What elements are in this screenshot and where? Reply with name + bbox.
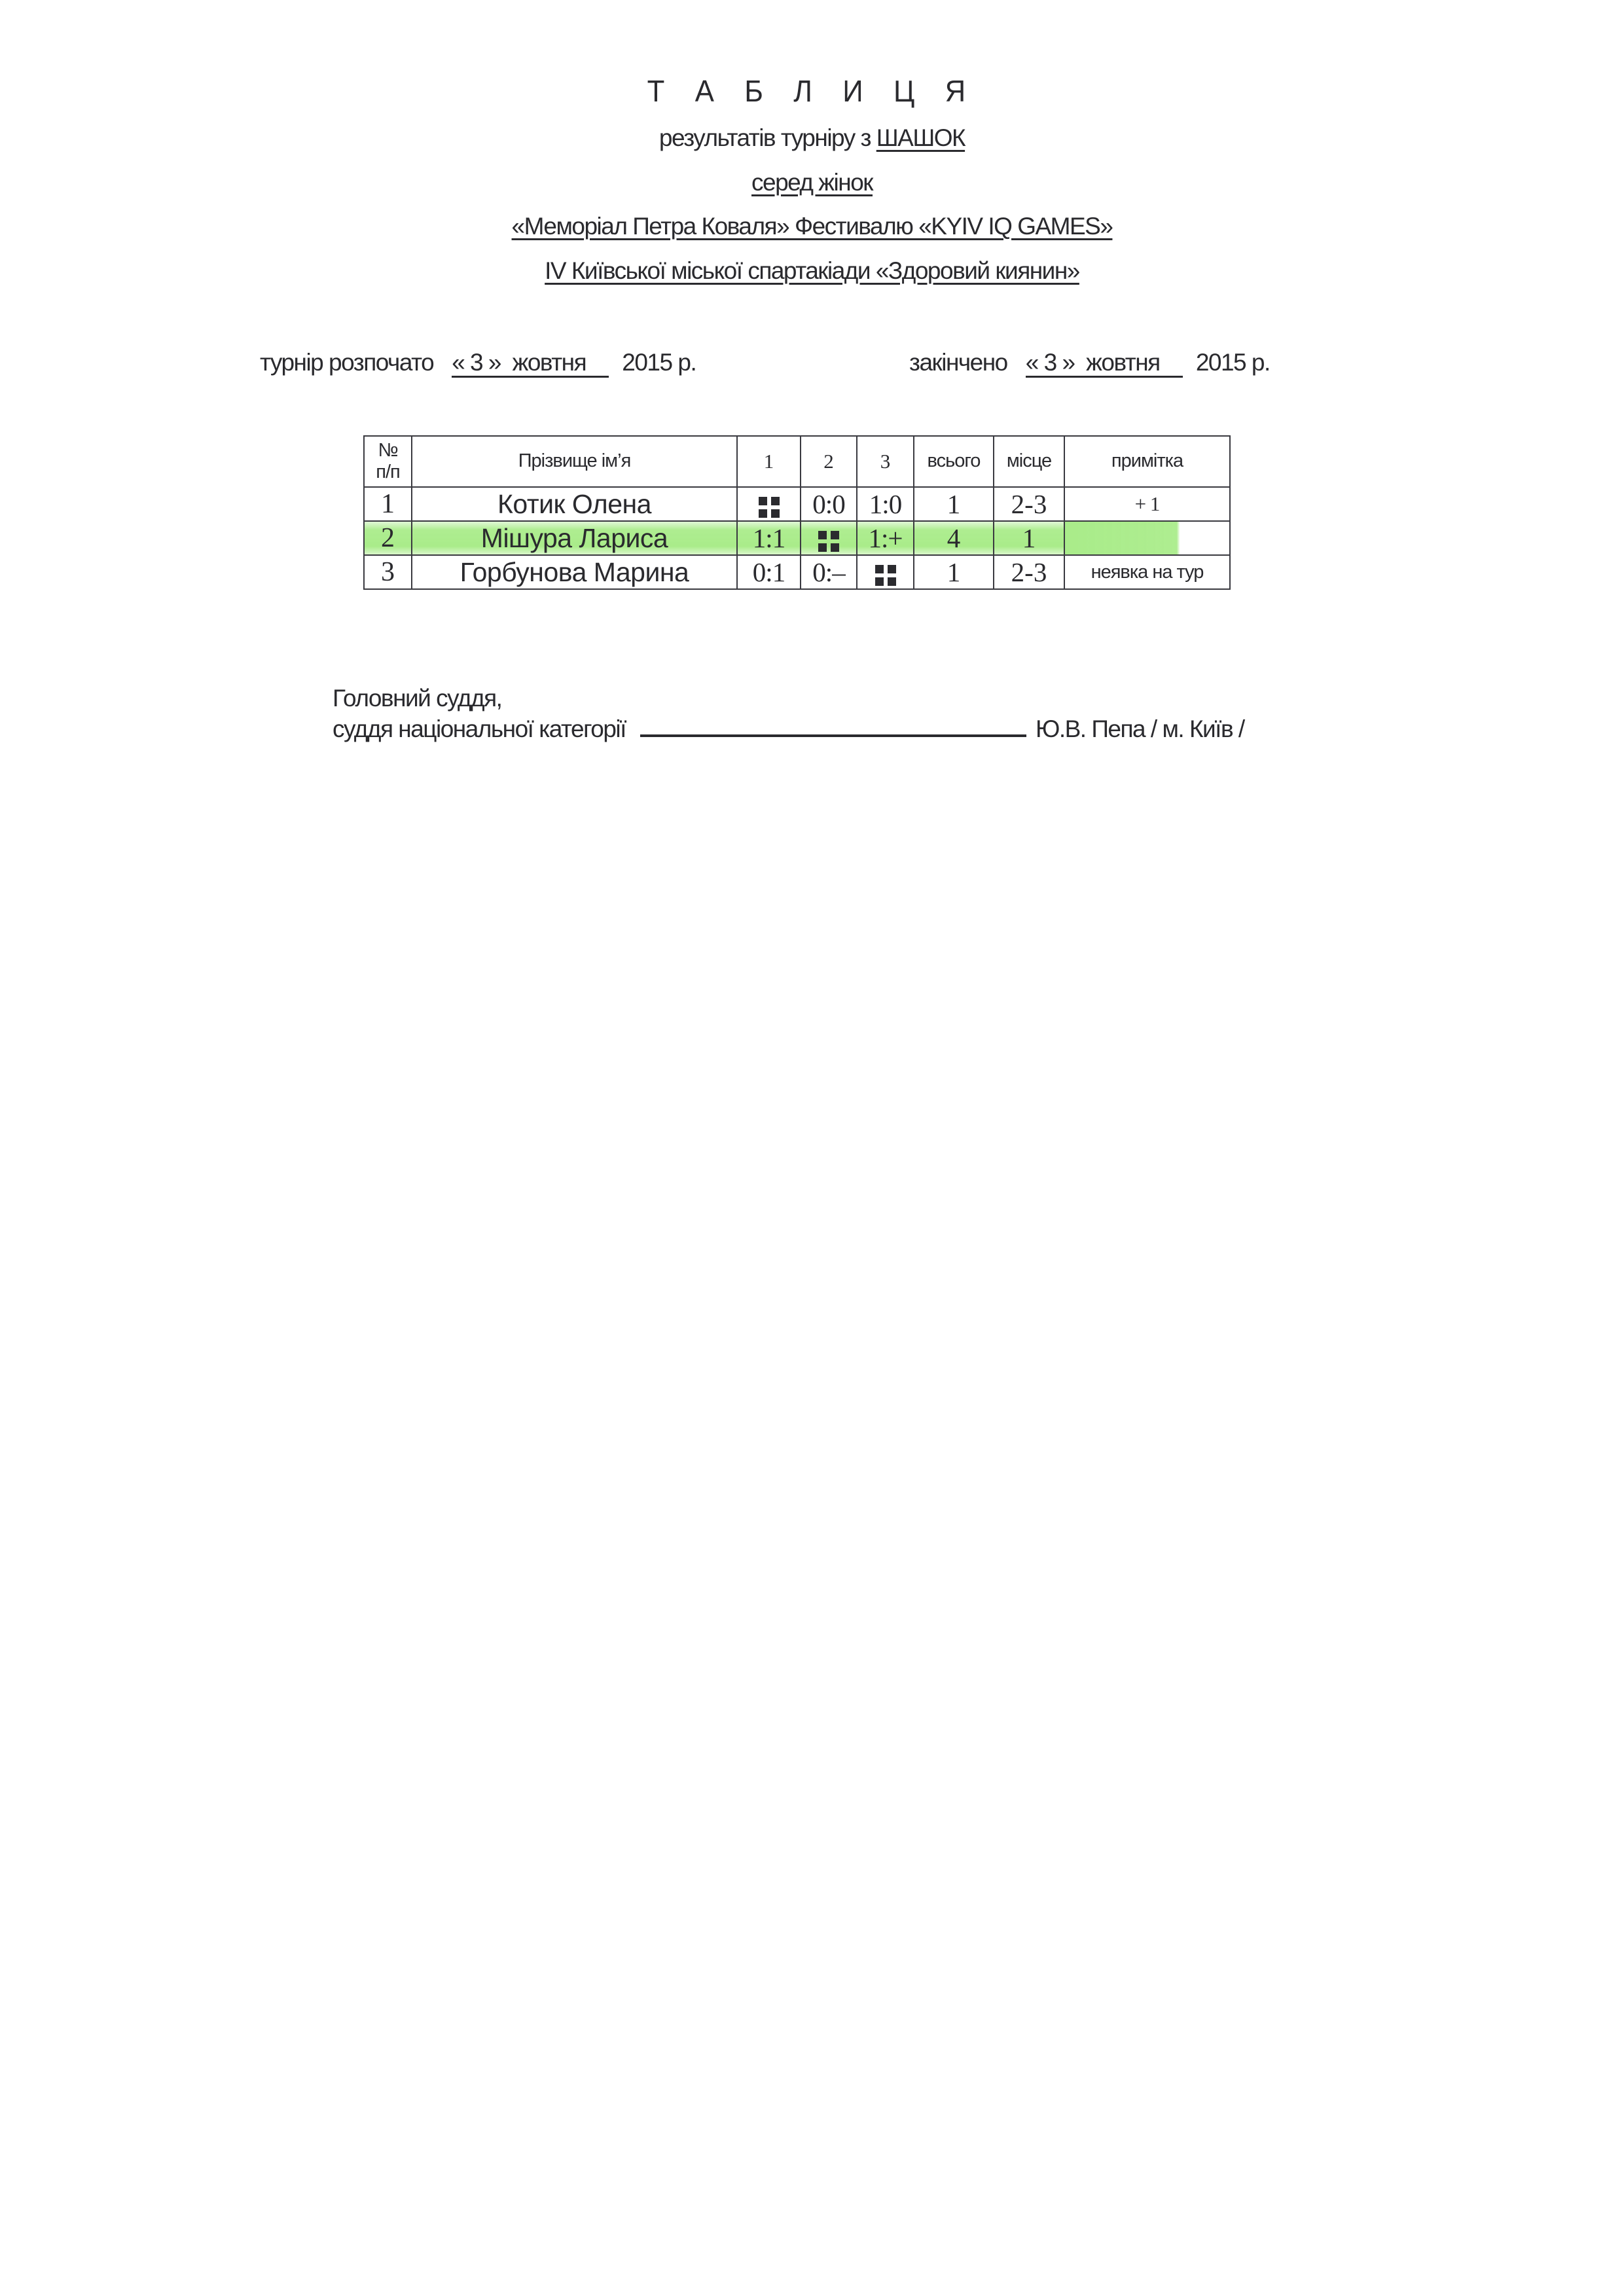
- judge-name: Ю.В. Пепа / м. Київ /: [1036, 715, 1244, 742]
- round-1-score: 1:1: [737, 521, 801, 555]
- document-title: Т А Б Л И Ц Я: [41, 73, 1583, 109]
- table-row: 1 Котик Олена 0:0 1:0 1 2-3 + 1: [364, 487, 1230, 521]
- header-note: примітка: [1064, 436, 1230, 487]
- total-points: 1: [914, 487, 994, 521]
- start-date: турнір розпочато« 3 » жовтня 2015 р.: [260, 349, 696, 378]
- round-2-score: 0:–: [801, 555, 857, 589]
- total-points: 4: [914, 521, 994, 555]
- place: 2-3: [994, 555, 1064, 589]
- start-date-field: « 3 » жовтня: [452, 350, 609, 378]
- round-1-score: [737, 487, 801, 521]
- subtitle-prefix: результатів турніру з: [659, 124, 876, 151]
- header-name: Прізвище ім’я: [412, 436, 737, 487]
- round-3-score: [857, 555, 914, 589]
- note: неявка на тур: [1064, 555, 1230, 589]
- header-round-2: 2: [801, 436, 857, 487]
- spartakiad-text: IV Київської міської спартакіади «Здоров…: [545, 257, 1079, 284]
- note: + 1: [1064, 487, 1230, 521]
- header-number: №п/п: [364, 436, 412, 487]
- round-3-score: 1:+: [857, 521, 914, 555]
- subtitle-tournament: результатів турніру з ШАШОК: [0, 124, 1624, 152]
- table-header-row: №п/п Прізвище ім’я 1 2 3 всього місце пр…: [364, 436, 1230, 487]
- player-name: Горбунова Марина: [412, 555, 737, 589]
- sport-name: ШАШОК: [876, 124, 965, 151]
- start-month: жовтня: [513, 349, 586, 376]
- end-date: закінчено« 3 » жовтня 2015 р.: [909, 349, 1270, 378]
- start-date-label: турнір розпочато: [260, 349, 433, 376]
- header-round-3: 3: [857, 436, 914, 487]
- subtitle-festival: «Меморіал Петра Коваля» Фестивалю «KYIV …: [0, 213, 1624, 240]
- note: [1064, 521, 1230, 555]
- table-row: 2 Мішура Лариса 1:1 1:+ 4 1: [364, 521, 1230, 555]
- player-name: Котик Олена: [412, 487, 737, 521]
- judge-signature-line: суддя національної категоріїЮ.В. Пепа / …: [333, 715, 1244, 743]
- row-number: 2: [364, 521, 412, 555]
- header-total: всього: [914, 436, 994, 487]
- round-2-score: 0:0: [801, 487, 857, 521]
- festival-text: «Меморіал Петра Коваля» Фестивалю «KYIV …: [512, 213, 1113, 240]
- header-round-1: 1: [737, 436, 801, 487]
- row-number: 1: [364, 487, 412, 521]
- end-month: жовтня: [1086, 349, 1160, 376]
- header-number-abbr: п/п: [376, 461, 399, 482]
- place: 1: [994, 521, 1064, 555]
- round-2-score: [801, 521, 857, 555]
- end-year: 2015 р.: [1196, 349, 1270, 376]
- results-table: №п/п Прізвище ім’я 1 2 3 всього місце пр…: [363, 435, 1231, 590]
- end-day: « 3 »: [1026, 349, 1075, 376]
- end-date-label: закінчено: [909, 349, 1007, 376]
- end-date-field: « 3 » жовтня: [1026, 350, 1183, 378]
- header-place: місце: [994, 436, 1064, 487]
- header-number-symbol: №: [378, 440, 397, 461]
- start-year: 2015 р.: [622, 349, 696, 376]
- row-number: 3: [364, 555, 412, 589]
- place: 2-3: [994, 487, 1064, 521]
- start-day: « 3 »: [452, 349, 501, 376]
- chief-judge-title: Головний суддя,: [333, 685, 501, 712]
- checkerboard-square-icon: [875, 565, 896, 586]
- judge-category: суддя національної категорії: [333, 715, 626, 742]
- checkerboard-square-icon: [759, 497, 780, 518]
- table-row: 3 Горбунова Марина 0:1 0:– 1 2-3 неявка …: [364, 555, 1230, 589]
- checkerboard-square-icon: [818, 531, 839, 552]
- category-text: серед жінок: [751, 169, 873, 196]
- total-points: 1: [914, 555, 994, 589]
- round-1-score: 0:1: [737, 555, 801, 589]
- signature-blank: [640, 715, 1026, 737]
- subtitle-category: серед жінок: [0, 169, 1624, 196]
- round-3-score: 1:0: [857, 487, 914, 521]
- subtitle-spartakiad: IV Київської міської спартакіади «Здоров…: [0, 257, 1624, 285]
- player-name: Мішура Лариса: [412, 521, 737, 555]
